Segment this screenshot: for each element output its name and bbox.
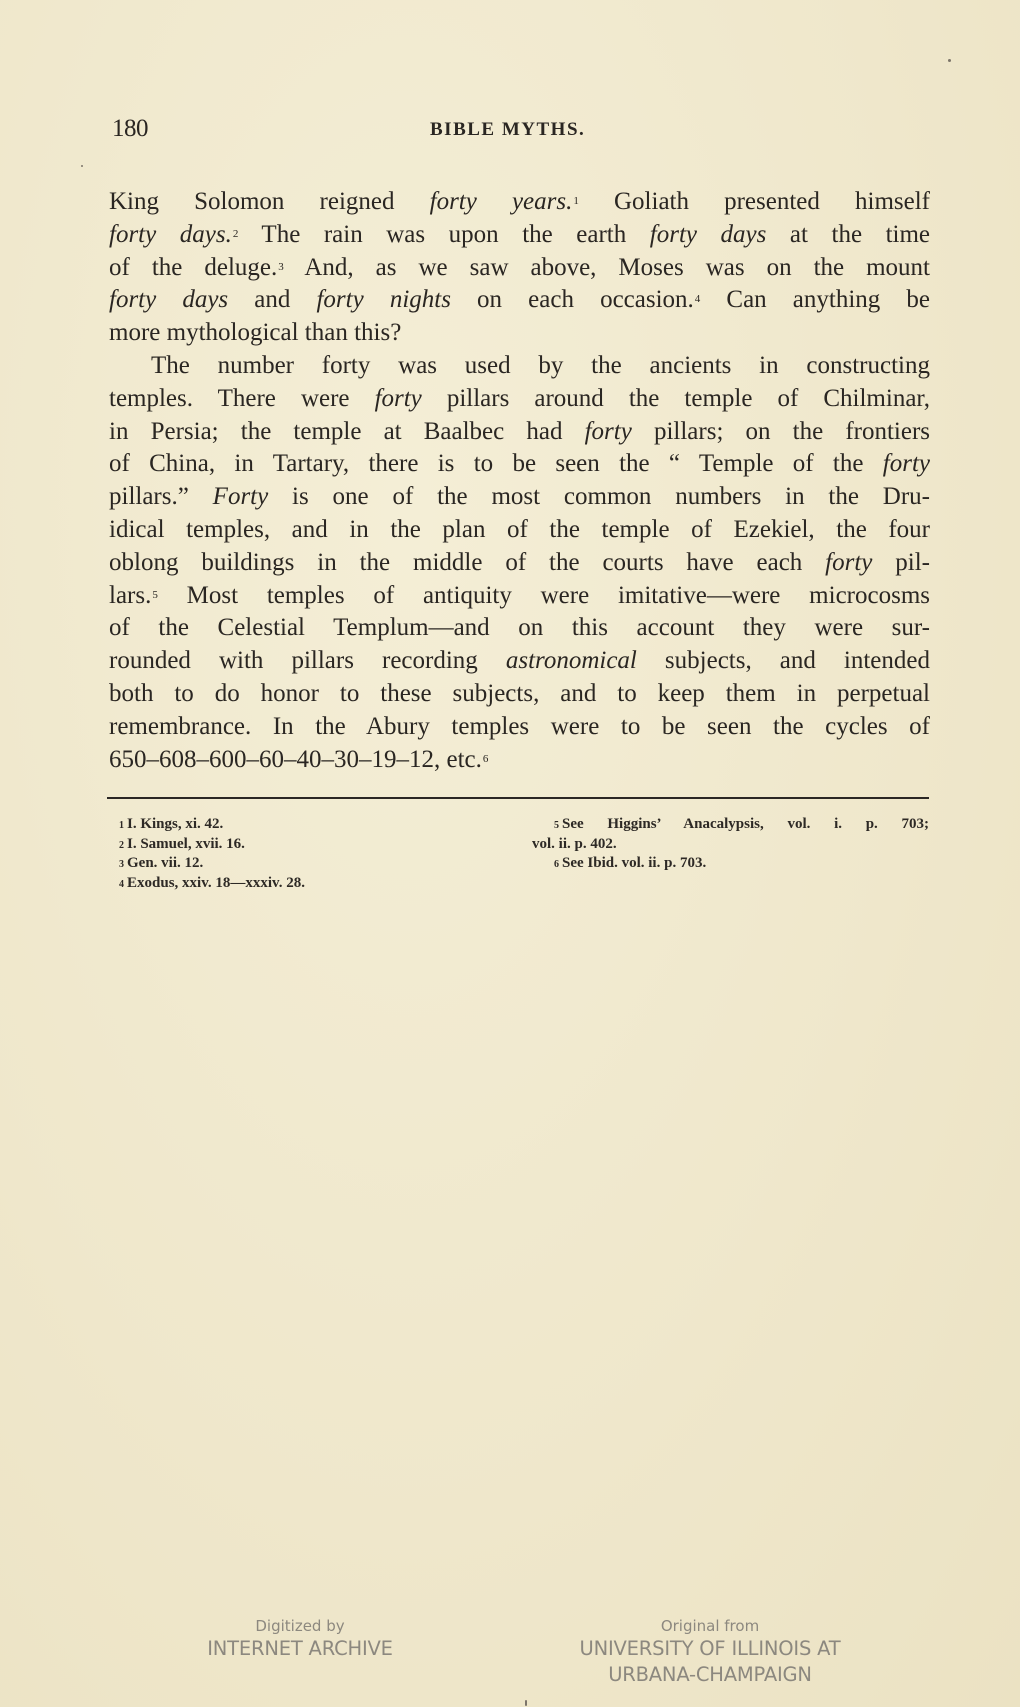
text-line: rounded with pillars recording astronomi… xyxy=(109,645,930,678)
text-line: King Solomon reigned forty years.1 Golia… xyxy=(109,186,930,219)
footnote-ref-1[interactable]: 1 xyxy=(573,195,579,207)
text-line: of China, in Tartary, there is to be see… xyxy=(109,448,930,481)
footnote-ref-2[interactable]: 2 xyxy=(233,228,239,240)
text-line: both to do honor to these subjects, and … xyxy=(109,678,930,711)
text-line: The number forty was used by the ancient… xyxy=(109,350,930,383)
footnotes-left-column: 1I. Kings, xi. 42. 2I. Samuel, xvii. 16.… xyxy=(119,815,519,893)
book-page: 180 BIBLE MYTHS. King Solomon reigned fo… xyxy=(0,0,1020,1707)
footnote-3: 3Gen. vii. 12. xyxy=(119,854,519,874)
footnote-ref-5[interactable]: 5 xyxy=(152,589,158,601)
text-line: 650–608–600–60–40–30–19–12, etc.6 xyxy=(109,744,930,777)
text-line: forty days and forty nights on each occa… xyxy=(109,284,930,317)
footnotes-right-column: 5See Higgins’ Anacalypsis, vol. i. p. 70… xyxy=(532,815,929,874)
text-line: temples. There were forty pillars around… xyxy=(109,383,930,416)
text-line: oblong buildings in the middle of the co… xyxy=(109,547,930,580)
text-line: pillars.” Forty is one of the most commo… xyxy=(109,481,930,514)
university-link[interactable]: UNIVERSITY OF ILLINOIS AT xyxy=(560,1636,860,1662)
running-head: 180 BIBLE MYTHS. xyxy=(112,115,930,147)
text-line: forty days.2 The rain was upon the earth… xyxy=(109,219,930,252)
text-line: remembrance. In the Abury temples were t… xyxy=(109,711,930,744)
page-number: 180 xyxy=(112,115,148,143)
text-line: in Persia; the temple at Baalbec had for… xyxy=(109,416,930,449)
internet-archive-link[interactable]: INTERNET ARCHIVE xyxy=(200,1636,400,1662)
footnote-1: 1I. Kings, xi. 42. xyxy=(119,815,519,835)
text-line: more mythological than this? xyxy=(109,317,930,350)
footnote-5-continuation: vol. ii. p. 402. xyxy=(532,835,929,855)
footnote-4: 4Exodus, xxiv. 18—xxxiv. 28. xyxy=(119,874,519,894)
footnote-6: 6See Ibid. vol. ii. p. 703. xyxy=(532,854,929,874)
text-line: idical temples, and in the plan of the t… xyxy=(109,514,930,547)
paragraph-2: The number forty was used by the ancient… xyxy=(109,350,930,776)
paper-speck xyxy=(948,59,951,62)
footnote-divider xyxy=(107,797,929,799)
paper-speck xyxy=(81,165,83,167)
footnote-5: 5See Higgins’ Anacalypsis, vol. i. p. 70… xyxy=(532,815,929,835)
text-line: of the deluge.3 And, as we saw above, Mo… xyxy=(109,252,930,285)
paper-speck xyxy=(525,1700,527,1706)
body-text: King Solomon reigned forty years.1 Golia… xyxy=(109,186,930,776)
digitized-by-credit: Digitized by INTERNET ARCHIVE xyxy=(200,1616,400,1662)
text-line: lars.5 Most temples of antiquity were im… xyxy=(109,580,930,613)
paragraph-1: King Solomon reigned forty years.1 Golia… xyxy=(109,186,930,350)
footnote-2: 2I. Samuel, xvii. 16. xyxy=(119,835,519,855)
running-title: BIBLE MYTHS. xyxy=(430,119,585,141)
original-from-credit: Original from UNIVERSITY OF ILLINOIS AT … xyxy=(560,1616,860,1688)
text-line: of the Celestial Templum—and on this acc… xyxy=(109,612,930,645)
footnote-ref-4[interactable]: 4 xyxy=(695,293,701,305)
footnote-ref-3[interactable]: 3 xyxy=(278,261,284,273)
footnote-ref-6[interactable]: 6 xyxy=(483,753,489,765)
